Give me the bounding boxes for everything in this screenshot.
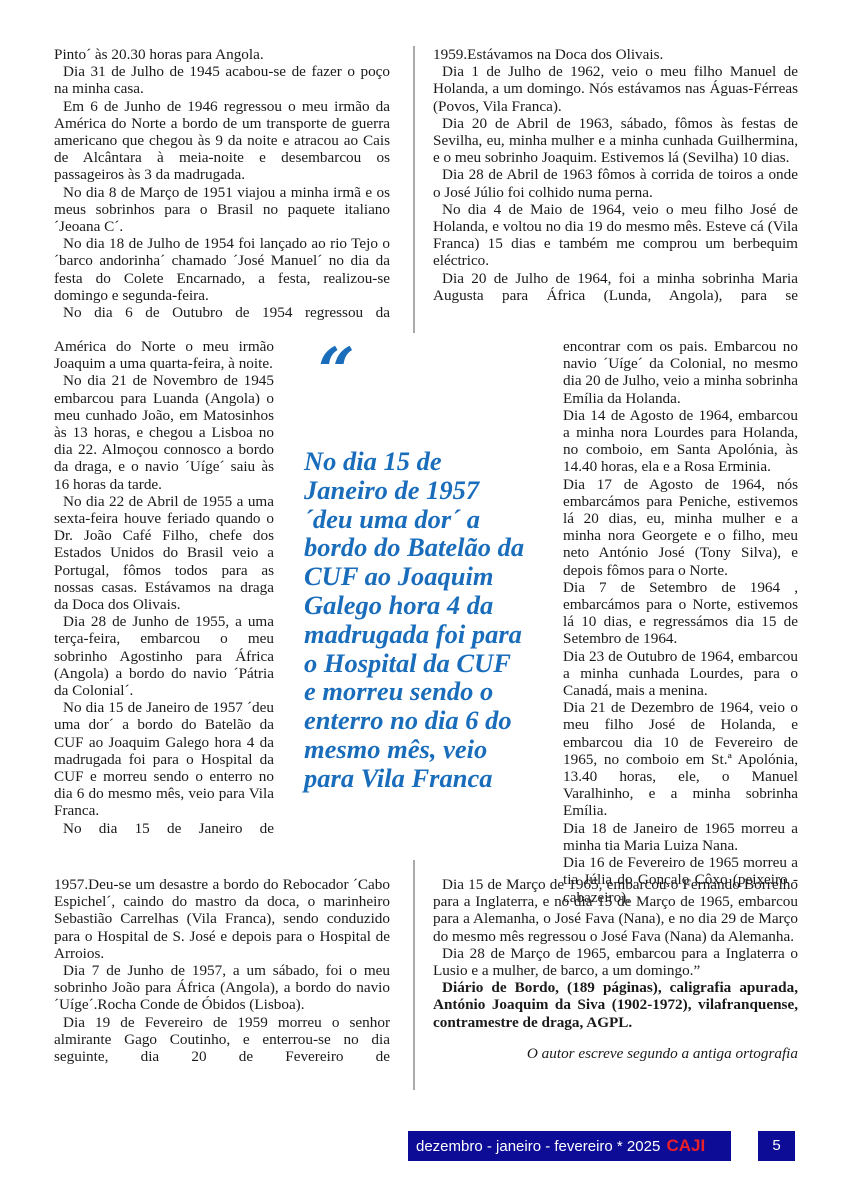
paragraph: Dia 14 de Agosto de 1964, embarcou a min… (563, 407, 798, 476)
paragraph: Dia 28 de Junho de 1955, a uma terça-fei… (54, 613, 274, 699)
paragraph: No dia 15 de Janeiro de 1957 ´deu uma do… (54, 699, 274, 819)
quote-mark-icon: “ (318, 340, 355, 404)
issue-label: dezembro - janeiro - fevereiro * 2025 (416, 1138, 660, 1155)
paragraph: No dia 15 de Janeiro de (54, 820, 274, 837)
paragraph: Dia 28 de Março de 1965, embarcou para a… (433, 945, 798, 979)
left-column-bottom: 1957.Deu-se um desastre a bordo do Reboc… (54, 876, 390, 1065)
paragraph: Dia 7 de Setembro de 1964 , embarcámos p… (563, 579, 798, 648)
paragraph: Dia 21 de Dezembro de 1964, veio o meu f… (563, 699, 798, 819)
paragraph: Dia 7 de Junho de 1957, a um sábado, foi… (54, 962, 390, 1014)
paragraph: encontrar com os pais. Embarcou no navio… (563, 338, 798, 407)
paragraph: Dia 17 de Agosto de 1964, nós embarcámos… (563, 476, 798, 579)
paragraph: Dia 1 de Julho de 1962, veio o meu filho… (433, 63, 798, 115)
paragraph: Dia 19 de Fevereiro de 1959 morreu o sen… (54, 1014, 390, 1066)
page-number: 5 (758, 1131, 795, 1161)
paragraph: No dia 18 de Julho de 1954 foi lançado a… (54, 235, 390, 304)
paragraph: Dia 20 de Abril de 1963, sábado, fômos à… (433, 115, 798, 167)
orthography-note: O autor escreve segundo a antiga ortogra… (433, 1045, 798, 1062)
column-divider-bottom (413, 860, 415, 1090)
brand-logo: CAJI (666, 1136, 705, 1155)
left-column-top: Pinto´ às 20.30 horas para Angola. Dia 3… (54, 46, 390, 321)
paragraph: No dia 22 de Abril de 1955 a uma sexta-f… (54, 493, 274, 613)
right-column-narrow: encontrar com os pais. Embarcou no navio… (563, 338, 798, 906)
paragraph: 1959.Estávamos na Doca dos Olivais. (433, 46, 798, 63)
right-column-bottom: Dia 15 de Março de 1965, embarcou o Fern… (433, 876, 798, 1062)
paragraph: Dia 28 de Abril de 1963 fômos à corrida … (433, 166, 798, 200)
paragraph: No dia 4 de Maio de 1964, veio o meu fil… (433, 201, 798, 270)
paragraph: Em 6 de Junho de 1946 regressou o meu ir… (54, 98, 390, 184)
paragraph: Dia 31 de Julho de 1945 acabou-se de faz… (54, 63, 390, 97)
paragraph: Dia 15 de Março de 1965, embarcou o Fern… (433, 876, 798, 945)
paragraph: Dia 23 de Outubro de 1964, embarcou a mi… (563, 648, 798, 700)
paragraph: 1957.Deu-se um desastre a bordo do Reboc… (54, 876, 390, 962)
paragraph: Pinto´ às 20.30 horas para Angola. (54, 46, 390, 63)
pull-quote: “ No dia 15 de Janeiro de 1957 ´deu uma … (296, 340, 526, 850)
paragraph: Dia 20 de Julho de 1964, foi a minha sob… (433, 270, 798, 304)
left-column-narrow: América do Norte o meu irmão Joaquim a u… (54, 338, 274, 837)
paragraph: No dia 6 de Outubro de 1954 regressou da (54, 304, 390, 321)
column-divider-top (413, 46, 415, 333)
paragraph: Dia 18 de Janeiro de 1965 morreu a minha… (563, 820, 798, 854)
paragraph: No dia 8 de Março de 1951 viajou a minha… (54, 184, 390, 236)
source-credit: Diário de Bordo, (189 páginas), caligraf… (433, 979, 798, 1031)
pull-quote-text: No dia 15 de Janeiro de 1957 ´deu uma do… (304, 447, 526, 793)
paragraph: América do Norte o meu irmão Joaquim a u… (54, 338, 274, 372)
paragraph: No dia 21 de Novembro de 1945 embarcou p… (54, 372, 274, 492)
right-column-top: 1959.Estávamos na Doca dos Olivais. Dia … (433, 46, 798, 304)
footer-issue-bar: dezembro - janeiro - fevereiro * 2025 CA… (408, 1131, 731, 1161)
